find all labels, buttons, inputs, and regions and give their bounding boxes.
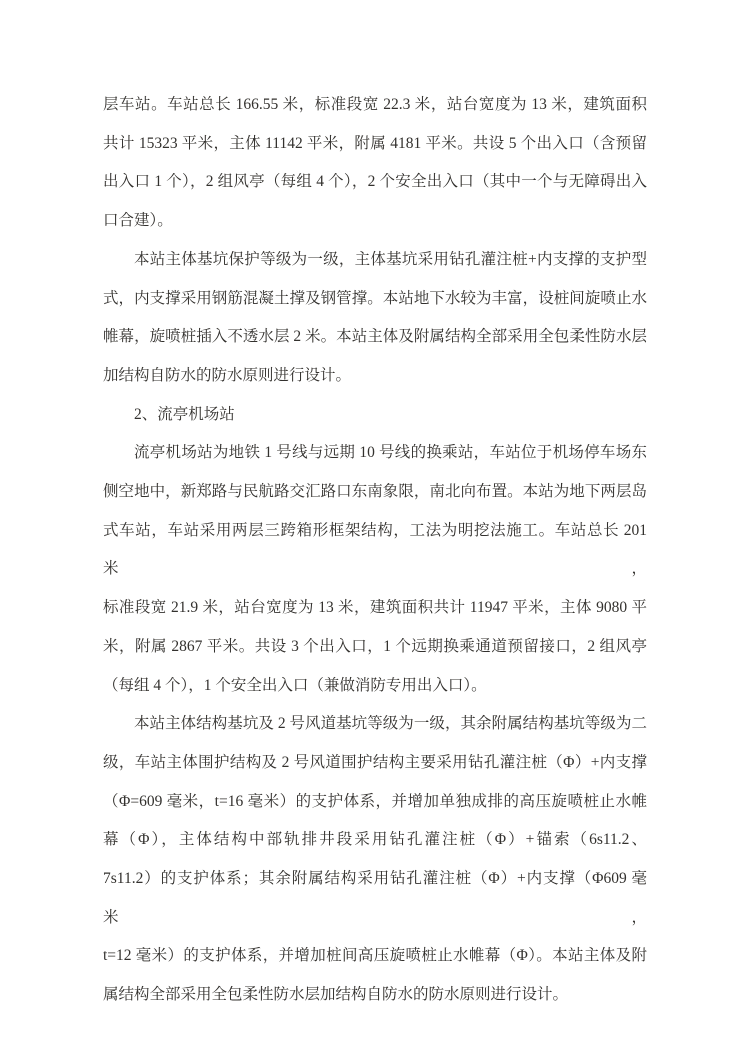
document-page: 层车站。车站总长 166.55 米，标准段宽 22.3 米，站台宽度为 13 米… xyxy=(0,0,744,1052)
text-line: 幕（Φ），主体结构中部轨排井段采用钻孔灌注桩（Φ）+锚索（6s11.2、 xyxy=(103,821,647,860)
text-line: （Φ=609 毫米，t=16 毫米）的支护体系，并增加单独成排的高压旋喷桩止水帷 xyxy=(103,783,647,822)
text-line: t=12 毫米）的支护体系，并增加桩间高压旋喷桩止水帷幕（Φ）。本站主体及附 xyxy=(103,937,647,976)
text-line: 加结构自防水的防水原则进行设计。 xyxy=(103,357,647,396)
text-line: 流亭机场站为地铁 1 号线与远期 10 号线的换乘站，车站位于机场停车场东 xyxy=(103,434,647,473)
text-line: 本站主体结构基坑及 2 号风道基坑等级为一级，其余附属结构基坑等级为二 xyxy=(103,705,647,744)
text-line: 属结构全部采用全包柔性防水层加结构自防水的防水原则进行设计。 xyxy=(103,976,647,1015)
text-line: 层车站。车站总长 166.55 米，标准段宽 22.3 米，站台宽度为 13 米… xyxy=(103,86,647,125)
text-line: 式车站，车站采用两层三跨箱形框架结构，工法为明挖法施工。车站总长 201 米， xyxy=(103,512,647,589)
heading-text-line: 2、流亭机场站 xyxy=(103,396,647,435)
paragraph-liuting-station-overview: 流亭机场站为地铁 1 号线与远期 10 号线的换乘站，车站位于机场停车场东侧空地… xyxy=(103,434,647,705)
text-line: 帷幕，旋喷桩插入不透水层 2 米。本站主体及附属结构全部采用全包柔性防水层 xyxy=(103,318,647,357)
text-line: 米，附属 2867 平米。共设 3 个出入口，1 个远期换乘通道预留接口，2 组… xyxy=(103,628,647,667)
text-line: 级，车站主体围护结构及 2 号风道围护结构主要采用钻孔灌注桩（Φ）+内支撑 xyxy=(103,744,647,783)
text-line: 式，内支撑采用钢筋混凝土撑及钢管撑。本站地下水较为丰富，设桩间旋喷止水 xyxy=(103,280,647,319)
text-line: 口合建）。 xyxy=(103,202,647,241)
document-text-block: 层车站。车站总长 166.55 米，标准段宽 22.3 米，站台宽度为 13 米… xyxy=(103,86,647,1015)
paragraph-station-overview-continued: 层车站。车站总长 166.55 米，标准段宽 22.3 米，站台宽度为 13 米… xyxy=(103,86,647,241)
paragraph-liuting-pit-support: 本站主体结构基坑及 2 号风道基坑等级为一级，其余附属结构基坑等级为二级，车站主… xyxy=(103,705,647,1015)
text-line: 共计 15323 平米，主体 11142 平米，附属 4181 平米。共设 5 … xyxy=(103,125,647,164)
text-line: 标准段宽 21.9 米，站台宽度为 13 米，建筑面积共计 11947 平米，主… xyxy=(103,589,647,628)
text-line: 侧空地中，新郑路与民航路交汇路口东南象限，南北向布置。本站为地下两层岛 xyxy=(103,473,647,512)
paragraph-station-pit-support: 本站主体基坑保护等级为一级，主体基坑采用钻孔灌注桩+内支撑的支护型式，内支撑采用… xyxy=(103,241,647,396)
text-line: 本站主体基坑保护等级为一级，主体基坑采用钻孔灌注桩+内支撑的支护型 xyxy=(103,241,647,280)
text-line: （每组 4 个），1 个安全出入口（兼做消防专用出入口）。 xyxy=(103,667,647,706)
section-heading: 2、流亭机场站 xyxy=(103,396,647,435)
text-line: 出入口 1 个），2 组风亭（每组 4 个），2 个安全出入口（其中一个与无障碍… xyxy=(103,163,647,202)
text-line: 7s11.2）的支护体系；其余附属结构采用钻孔灌注桩（Φ）+内支撑（Φ609 毫… xyxy=(103,860,647,937)
